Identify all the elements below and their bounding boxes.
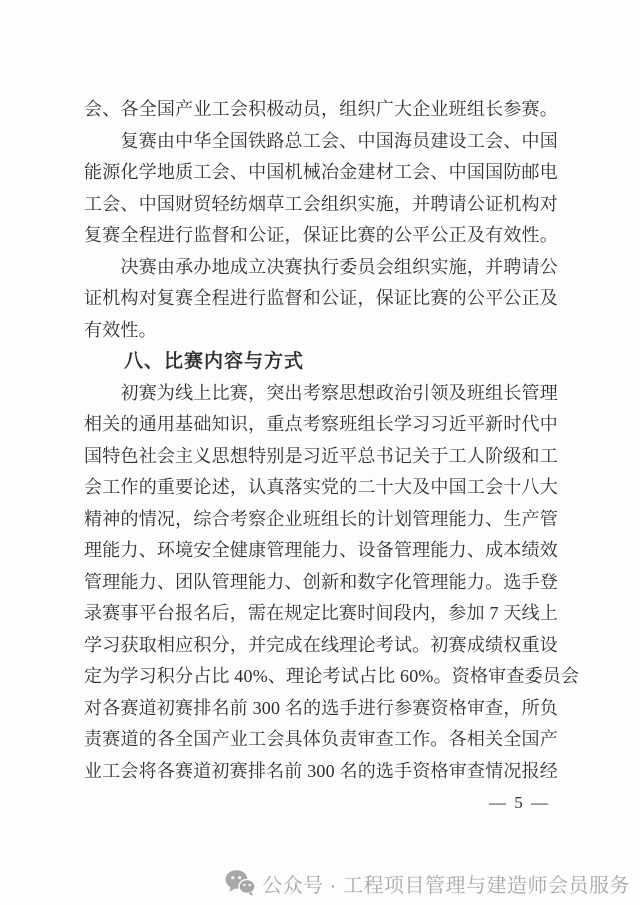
document-page: 会、各全国产业工会积极动员，组织广大企业班组长参赛。 复赛由中华全国铁路总工会、… (0, 0, 640, 905)
text-line: 业工会将各赛道初赛排名前 300 名的选手资格审查情况报经 (84, 756, 558, 788)
document-body: 会、各全国产业工会积极动员，组织广大企业班组长参赛。 复赛由中华全国铁路总工会、… (84, 94, 558, 819)
text-line: 能源化学地质工会、中国机械冶金建材工会、中国国防邮电 (84, 157, 558, 189)
page-number: — 5 — (84, 787, 558, 819)
text-line: 理能力、环境安全健康管理能力、设备管理能力、成本绩效 (84, 535, 558, 567)
text-line: 责赛道的各全国产业工会具体负责审查工作。各相关全国产 (84, 724, 558, 756)
section-heading: 八、比赛内容与方式 (84, 346, 558, 378)
text-line: 录赛事平台报名后，需在规定比赛时间段内，参加 7 天线上 (84, 598, 558, 630)
text-line: 决赛由承办地成立决赛执行委员会组织实施，并聘请公 (84, 252, 558, 284)
watermark-bar: 公众号 · 工程项目管理与建造师会员服务 (0, 865, 630, 901)
text-line: 管理能力、团队管理能力、创新和数字化管理能力。选手登 (84, 567, 558, 599)
text-line: 复赛全程进行监督和公证，保证比赛的公平公正及有效性。 (84, 220, 558, 252)
text-line: 有效性。 (84, 315, 558, 347)
text-line: 学习获取相应积分，并完成在线理论考试。初赛成绩权重设 (84, 630, 558, 662)
text-line: 精神的情况，综合考察企业班组长的计划管理能力、生产管 (84, 504, 558, 536)
text-line: 国特色社会主义思想特别是习近平总书记关于工人阶级和工 (84, 441, 558, 473)
text-line: 定为学习积分占比 40%、理论考试占比 60%。资格审查委员会 (84, 661, 558, 693)
wechat-icon (225, 869, 255, 897)
text-line: 工会、中国财贸轻纺烟草工会组织实施，并聘请公证机构对 (84, 189, 558, 221)
text-line: 初赛为线上比赛，突出考察思想政治引领及班组长管理 (84, 378, 558, 410)
document-lines: 会、各全国产业工会积极动员，组织广大企业班组长参赛。 复赛由中华全国铁路总工会、… (84, 94, 558, 787)
text-line: 相关的通用基础知识，重点考察班组长学习习近平新时代中 (84, 409, 558, 441)
text-line: 对各赛道初赛排名前 300 名的选手进行参赛资格审查，所负 (84, 693, 558, 725)
text-line: 会工作的重要论述，认真落实党的二十大及中国工会十八大 (84, 472, 558, 504)
text-line: 证机构对复赛全程进行监督和公证，保证比赛的公平公正及 (84, 283, 558, 315)
text-line: 复赛由中华全国铁路总工会、中国海员建设工会、中国 (84, 126, 558, 158)
text-line: 会、各全国产业工会积极动员，组织广大企业班组长参赛。 (84, 94, 558, 126)
watermark-text: 公众号 · 工程项目管理与建造师会员服务 (262, 869, 630, 898)
